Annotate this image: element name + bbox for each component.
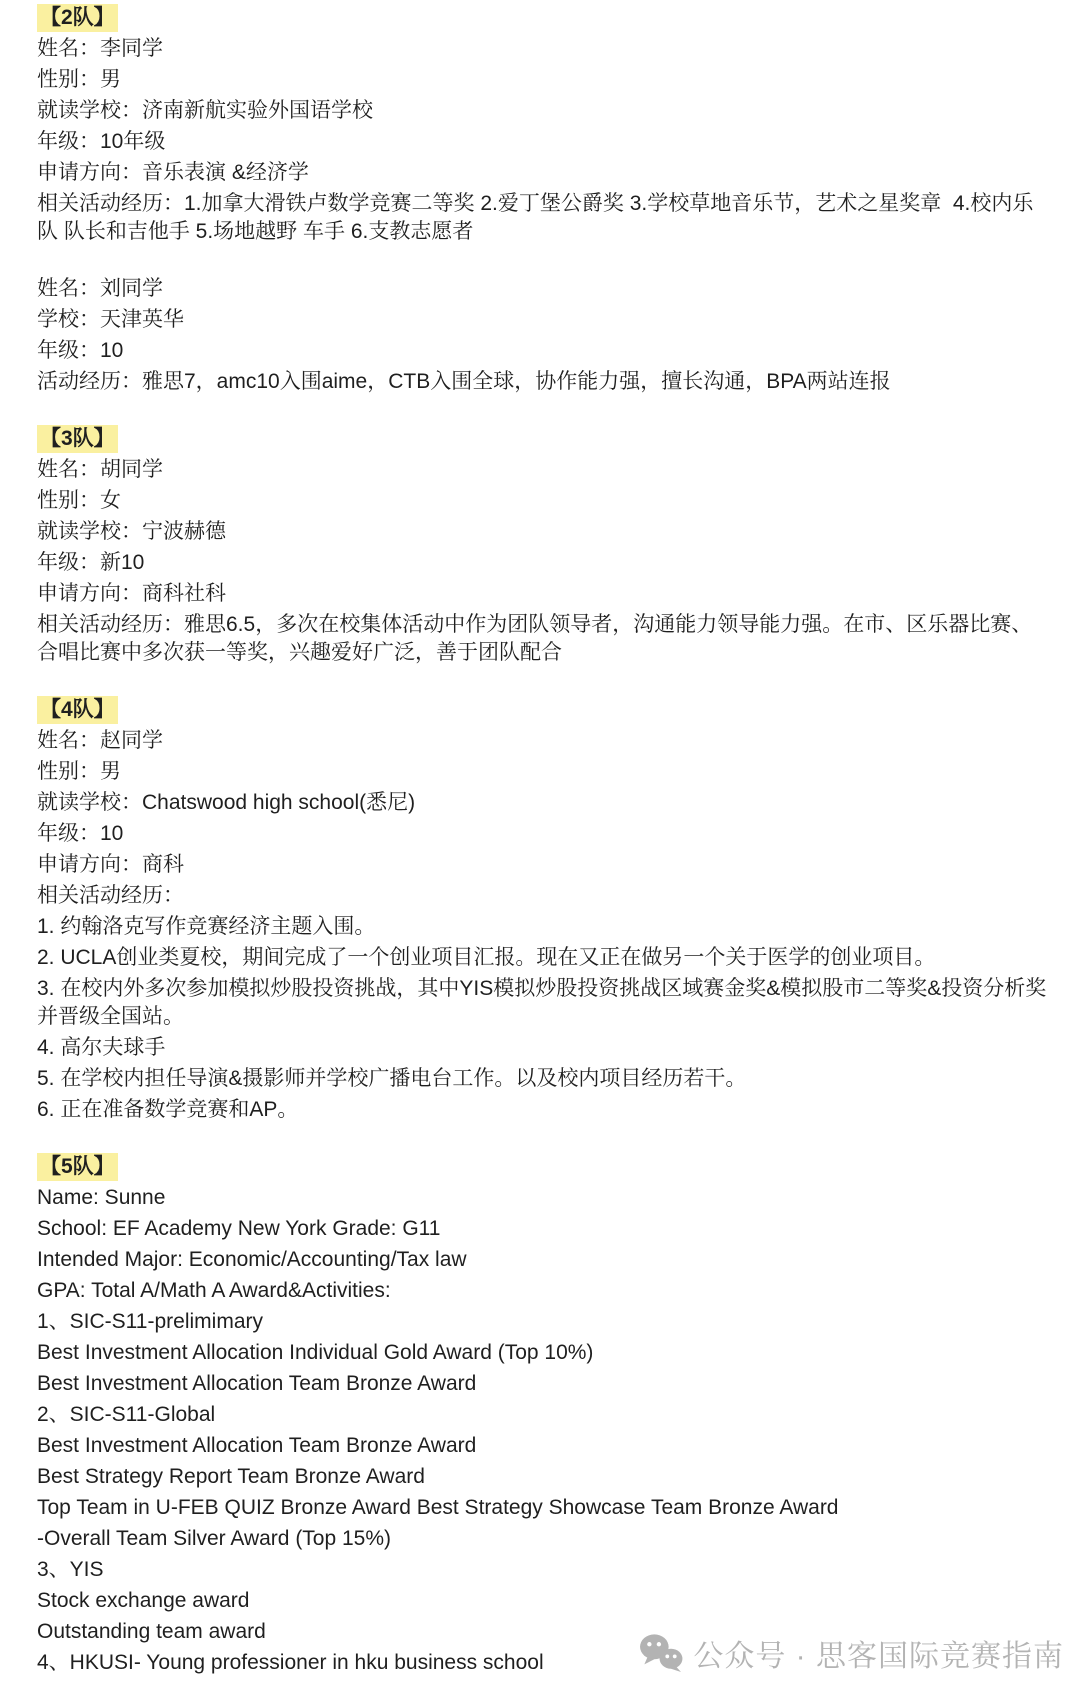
profile-line: 年级：新10: [37, 549, 1052, 577]
team-3-block: 【3队】姓名：胡同学性别：女就读学校：宁波赫德年级：新10申请方向：商科社科相关…: [37, 425, 1052, 667]
profile-line: 年级：10年级: [37, 128, 1052, 156]
profile-line: 3、YIS: [37, 1556, 1052, 1584]
profile-line: 4. 高尔夫球手: [37, 1034, 1052, 1062]
profile-line: -Overall Team Silver Award (Top 15%): [37, 1525, 1052, 1553]
profile-line: 性别：女: [37, 487, 1052, 515]
profile-line: 姓名：刘同学: [37, 275, 1052, 303]
watermark: 公众号 · 思客国际竞赛指南: [638, 1631, 1064, 1675]
profile-line: 申请方向：商科: [37, 851, 1052, 879]
wechat-icon: [638, 1633, 684, 1673]
profile-line: 年级：10: [37, 337, 1052, 365]
profile-line: 相关活动经历：雅思6.5，多次在校集体活动中作为团队领导者，沟通能力领导能力强。…: [37, 611, 1052, 667]
team-header: 【3队】: [37, 425, 118, 453]
document-body: 【2队】姓名：李同学性别：男就读学校：济南新航实验外国语学校年级：10年级申请方…: [0, 0, 1080, 1677]
team-2-block: 【2队】姓名：李同学性别：男就读学校：济南新航实验外国语学校年级：10年级申请方…: [37, 4, 1052, 246]
profile-line: Best Investment Allocation Individual Go…: [37, 1339, 1052, 1367]
profile-line: 5. 在学校内担任导演&摄影师并学校广播电台工作。以及校内项目经历若干。: [37, 1065, 1052, 1093]
profile-line: Name: Sunne: [37, 1184, 1052, 1212]
profile-line: 性别：男: [37, 66, 1052, 94]
team-header-row: 【5队】: [37, 1153, 1052, 1181]
profile-line: 就读学校：济南新航实验外国语学校: [37, 97, 1052, 125]
team-4-block: 【4队】姓名：赵同学性别：男就读学校：Chatswood high school…: [37, 696, 1052, 1124]
profile-line: 申请方向：音乐表演 &经济学: [37, 159, 1052, 187]
team-2-member-2-block: 姓名：刘同学学校：天津英华年级：10活动经历：雅思7，amc10入围aime，C…: [37, 275, 1052, 396]
team-header: 【2队】: [37, 4, 118, 32]
profile-line: 活动经历：雅思7，amc10入围aime，CTB入围全球，协作能力强，擅长沟通，…: [37, 368, 1052, 396]
team-5-block: 【5队】Name: SunneSchool: EF Academy New Yo…: [37, 1153, 1052, 1677]
profile-line: 就读学校：Chatswood high school(悉尼): [37, 789, 1052, 817]
profile-line: 学校：天津英华: [37, 306, 1052, 334]
team-header-row: 【2队】: [37, 4, 1052, 32]
profile-line: School: EF Academy New York Grade: G11: [37, 1215, 1052, 1243]
profile-line: Best Strategy Report Team Bronze Award: [37, 1463, 1052, 1491]
profile-line: Stock exchange award: [37, 1587, 1052, 1615]
profile-line: 就读学校：宁波赫德: [37, 518, 1052, 546]
profile-line: 姓名：赵同学: [37, 727, 1052, 755]
profile-line: 相关活动经历：: [37, 882, 1052, 910]
profile-line: 2、SIC-S11-Global: [37, 1401, 1052, 1429]
profile-line: 6. 正在准备数学竞赛和AP。: [37, 1096, 1052, 1124]
watermark-text: 公众号 · 思客国际竞赛指南: [693, 1631, 1064, 1675]
team-header: 【5队】: [37, 1153, 118, 1181]
profile-line: 1、SIC-S11-prelimimary: [37, 1308, 1052, 1336]
profile-line: Top Team in U-FEB QUIZ Bronze Award Best…: [37, 1494, 1052, 1522]
profile-line: 性别：男: [37, 758, 1052, 786]
profile-line: 2. UCLA创业类夏校，期间完成了一个创业项目汇报。现在又正在做另一个关于医学…: [37, 944, 1052, 972]
profile-line: 年级：10: [37, 820, 1052, 848]
profile-line: 相关活动经历：1.加拿大滑铁卢数学竞赛二等奖 2.爱丁堡公爵奖 3.学校草地音乐…: [37, 190, 1052, 246]
profile-line: Intended Major: Economic/Accounting/Tax …: [37, 1246, 1052, 1274]
profile-line: 姓名：李同学: [37, 35, 1052, 63]
profile-line: Best Investment Allocation Team Bronze A…: [37, 1370, 1052, 1398]
profile-line: 姓名：胡同学: [37, 456, 1052, 484]
profile-line: 1. 约翰洛克写作竞赛经济主题入围。: [37, 913, 1052, 941]
team-header-row: 【4队】: [37, 696, 1052, 724]
profile-line: 申请方向：商科社科: [37, 580, 1052, 608]
profile-line: 3. 在校内外多次参加模拟炒股投资挑战，其中YIS模拟炒股投资挑战区域赛金奖&模…: [37, 975, 1052, 1031]
team-header-row: 【3队】: [37, 425, 1052, 453]
profile-line: Best Investment Allocation Team Bronze A…: [37, 1432, 1052, 1460]
team-header: 【4队】: [37, 696, 118, 724]
profile-line: GPA: Total A/Math A Award&Activities:: [37, 1277, 1052, 1305]
